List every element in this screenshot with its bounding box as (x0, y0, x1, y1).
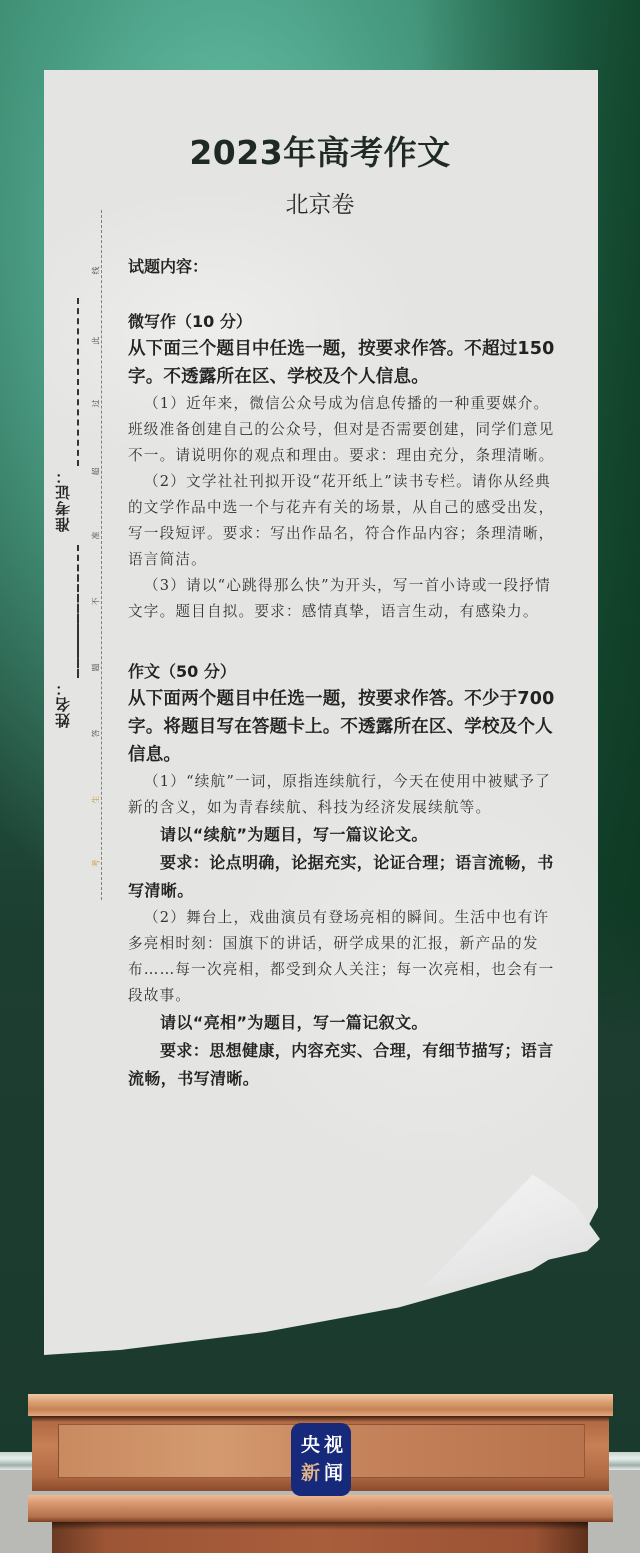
seal-char: 题 (91, 661, 102, 675)
cctv-news-logo: 央 视 新 闻 (291, 1423, 351, 1496)
intro-label: 试题内容： (128, 255, 562, 279)
essay-prompt-1: （1）“续航”一词，原指连续航行，今天在使用中被赋予了新的含义，如为青春续航、科… (128, 769, 562, 821)
seal-char: 答 (91, 727, 102, 741)
seal-char: 准 (91, 529, 102, 543)
podium-top (28, 1394, 613, 1416)
seal-char: 过 (91, 397, 102, 411)
essay-prompt-1-task: 请以“续航”为题目，写一篇议论文。 (128, 821, 562, 849)
podium-trim (28, 1495, 613, 1522)
page-title: 2023年高考作文 (0, 127, 640, 174)
micro-writing-heading: 微写作（10 分） (128, 309, 562, 335)
page-subtitle: 北京卷 (0, 186, 640, 219)
essay-prompt-2-requirements: 要求：思想健康，内容充实、合理，有细节描写；语言流畅，书写清晰。 (128, 1037, 562, 1093)
name-line (77, 555, 79, 675)
micro-prompt-3: （3）请以“心跳得那么快”为开头，写一首小诗或一段抒情文字。题目自拟。要求：感情… (128, 573, 562, 625)
essay-prompt-1-requirements: 要求：论点明确，论据充实，论证合理；语言流畅，书写清晰。 (128, 849, 562, 905)
essay-prompt-2: （2）舞台上，戏曲演员有登场亮相的瞬间。生活中也有许多亮相时刻：国旗下的讲话，研… (128, 905, 562, 1009)
essay-heading: 作文（50 分） (128, 659, 562, 685)
logo-char: 视 (324, 1436, 343, 1455)
essay-instruction: 从下面两个题目中任选一题，按要求作答。不少于700 字。将题目写在答题卡上。不透… (128, 685, 562, 769)
logo-char: 闻 (324, 1464, 343, 1483)
logo-char: 新 (301, 1464, 320, 1483)
seal-char: 此 (91, 334, 102, 348)
logo-char: 央 (301, 1436, 320, 1455)
seal-char: 考 (91, 857, 102, 871)
micro-prompt-2: （2）文学社社刊拟开设“花开纸上”读书专栏。请你从经典的文学作品中选一个与花卉有… (128, 469, 562, 573)
micro-prompt-1: （1）近年来，微信公众号成为信息传播的一种重要媒介。班级准备创建自己的公众号，但… (128, 391, 562, 469)
seal-char: 超 (91, 465, 102, 479)
exam-id-line (77, 298, 79, 466)
name-label: 姓名： (52, 680, 73, 728)
seal-char: 不 (91, 595, 102, 609)
exam-content: 试题内容： 微写作（10 分） 从下面三个题目中任选一题，按要求作答。不超过15… (128, 255, 562, 1093)
exam-id-label: 准考证： (52, 468, 73, 532)
essay-prompt-2-task: 请以“亮相”为题目，写一篇记叙文。 (128, 1009, 562, 1037)
micro-writing-instruction: 从下面三个题目中任选一题，按要求作答。不超过150 字。不透露所在区、学校及个人… (128, 335, 562, 391)
seal-char: 生 (91, 793, 102, 807)
seal-char: 线 (91, 264, 102, 278)
